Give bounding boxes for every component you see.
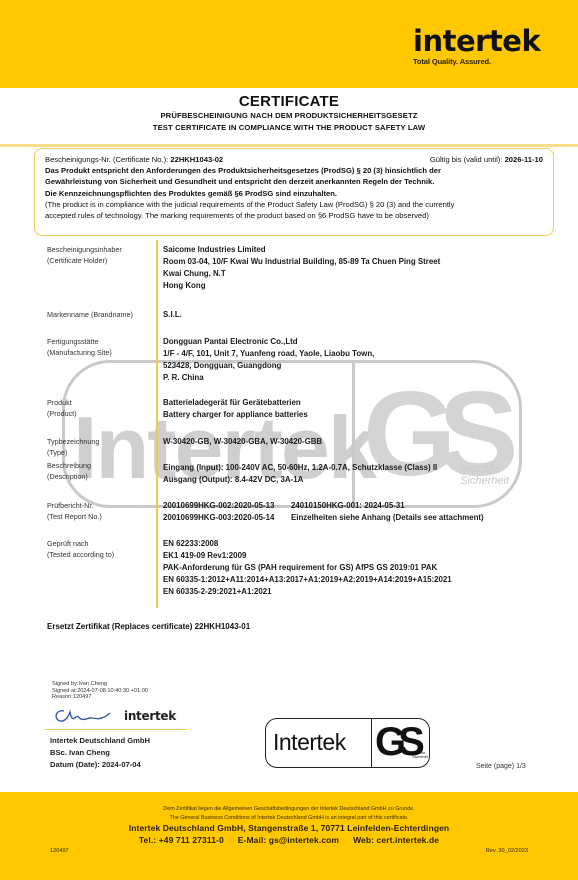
compliance-box: Bescheinigungs-Nr. (Certificate No.): 22…: [34, 148, 554, 236]
footer-email[interactable]: E-Mail: gs@intertek.com: [238, 834, 339, 846]
compliance-statement-en-1: (The product is in compliance with the j…: [45, 199, 543, 210]
label-de: Bescheinigungsinhaber: [47, 244, 157, 255]
title-divider: [0, 144, 578, 147]
label-de: Fertigungsstätte: [47, 336, 157, 347]
subtitle-german: PRÜFBESCHEINIGUNG NACH DEM PRODUKTSICHER…: [0, 110, 578, 122]
certificate-title: CERTIFICATE: [0, 93, 578, 110]
signed-by: Signed by:Ivan Cheng: [52, 681, 148, 688]
report-number: 20010699HKG-002:2020-05-13: [163, 500, 291, 512]
field-label: Prüfbericht-Nr. (Test Report No.): [47, 500, 157, 522]
label-en: (Manufacturing Site): [47, 347, 157, 358]
site-name: Dongguan Pantai Electronic Co.,Ltd: [163, 336, 374, 348]
field-label: Markenname (Brandname): [47, 309, 157, 320]
field-value: Eingang (Input): 100-240V AC, 50-60Hz, 1…: [163, 462, 437, 486]
replaces-certificate: Ersetzt Zertifikat (Replaces certificate…: [47, 622, 250, 631]
site-address-line: 1/F - 4/F, 101, Unit 7, Yuanfeng road, Y…: [163, 348, 374, 360]
compliance-statement-en-2: accepted rules of technology. The markin…: [45, 210, 543, 221]
label-en: (Certificate Holder): [47, 255, 157, 266]
signature-intertek-logo: intertek: [124, 709, 176, 723]
digital-signature-info: Signed by:Ivan Cheng Signed at:2024-07-0…: [52, 681, 148, 701]
compliance-statement-de-1: Das Produkt entspricht den Anforderungen…: [45, 165, 543, 176]
signatory-block: Intertek Deutschland GmbH BSc. Ivan Chen…: [50, 735, 150, 771]
field-value: EN 62233:2008 EK1 419-09 Rev1:2009 PAK-A…: [163, 538, 452, 598]
valid-until-label: Gültig bis (valid until):: [430, 155, 503, 164]
label-en: (Type): [47, 447, 157, 458]
certificate-number: Bescheinigungs-Nr. (Certificate No.): 22…: [45, 154, 223, 165]
product-name-de: Batterieladegerät für Gerätebatterien: [163, 397, 308, 409]
title-block: CERTIFICATE PRÜFBESCHEINIGUNG NACH DEM P…: [0, 93, 578, 134]
label-de: Prüfbericht-Nr.: [47, 500, 157, 511]
field-value: Batterieladegerät für Gerätebatterien Ba…: [163, 397, 308, 421]
footer-document-id: 120497: [50, 848, 69, 854]
description-output: Ausgang (Output): 8.4-42V DC, 3A-1A: [163, 474, 437, 486]
signature-line: [45, 729, 187, 730]
certificate-number-value: 22HKH1043-02: [170, 155, 223, 164]
badge-intertek-text: Intertek: [273, 729, 346, 756]
holder-address-line: Hong Kong: [163, 280, 440, 292]
label-de: Produkt: [47, 397, 157, 408]
standard-item: EK1 419-09 Rev1:2009: [163, 550, 452, 562]
label-en: (Product): [47, 408, 157, 419]
handwritten-signature: [52, 707, 114, 725]
logo-wordmark: intertek: [413, 26, 540, 56]
intertek-gs-mark: Intertek GS geprüfte Sicherheit: [265, 718, 430, 768]
signature-date: Datum (Date): 2024-07-04: [50, 759, 150, 771]
description-input: Eingang (Input): 100-240V AC, 50-60Hz, 1…: [163, 462, 437, 474]
type-value: W-30420-GB, W-30420-GBA, W-30420-GBB: [163, 436, 322, 448]
signature-reason: Reason:120497: [52, 694, 148, 701]
label-de: Beschreibung: [47, 460, 157, 471]
footer-phone: Tel.: +49 711 27311-0: [139, 834, 224, 846]
compliance-statement-de-2: Gewährleistung von Sicherheit und Gesund…: [45, 176, 543, 187]
field-label: Beschreibung (Description): [47, 460, 157, 482]
standard-item: EN 60335-2-29:2021+A1:2021: [163, 586, 452, 598]
intertek-logo: intertek Total Quality. Assured.: [413, 26, 540, 66]
field-value: Dongguan Pantai Electronic Co.,Ltd 1/F -…: [163, 336, 374, 384]
badge-gs-section: GS geprüfte Sicherheit: [371, 718, 431, 767]
holder-name: Saicome Industries Limited: [163, 244, 440, 256]
footer-contacts: Tel.: +49 711 27311-0 E-Mail: gs@interte…: [0, 834, 578, 846]
report-number: 24010150HKG-001: 2024-05-31: [291, 500, 405, 512]
footer-address: Intertek Deutschland GmbH, Stangenstraße…: [0, 822, 578, 834]
subtitle-english: TEST CERTIFICATE IN COMPLIANCE WITH THE …: [0, 122, 578, 134]
signed-at: Signed at:2024-07-08 10:40:30 +01:00: [52, 688, 148, 695]
label-de: Typbezeichnung: [47, 436, 157, 447]
badge-gs-note: geprüfte Sicherheit: [412, 751, 428, 759]
standard-item: EN 60335-1:2012+A11:2014+A13:2017+A1:201…: [163, 574, 452, 586]
field-label: Fertigungsstätte (Manufacturing Site): [47, 336, 157, 358]
label-de: Geprüft nach: [47, 538, 157, 549]
logo-tagline: Total Quality. Assured.: [413, 57, 540, 66]
compliance-statement-de-3: Die Kennzeichnungspflichten des Produkte…: [45, 188, 543, 199]
valid-until: Gültig bis (valid until): 2026-11-10: [430, 154, 543, 165]
signatory-company: Intertek Deutschland GmbH: [50, 735, 150, 747]
field-value: 20010699HKG-002:2020-05-13 24010150HKG-0…: [163, 500, 484, 524]
holder-address-line: Kwai Chung, N.T: [163, 268, 440, 280]
footer-band: Dem Zertifikat liegen die Allgemeinen Ge…: [0, 792, 578, 880]
footer-web[interactable]: Web: cert.intertek.de: [353, 834, 439, 846]
valid-until-value: 2026-11-10: [505, 155, 543, 164]
footer-revision: Rev. 30_02/2023: [486, 848, 528, 854]
report-details-note: Einzelheiten siehe Anhang (Details see a…: [291, 512, 484, 524]
field-label: Produkt (Product): [47, 397, 157, 419]
certificate-number-label: Bescheinigungs-Nr. (Certificate No.):: [45, 155, 168, 164]
watermark-note-line1: geprüfte: [460, 463, 509, 475]
footer-terms-en: The General Business Conditions of Inter…: [0, 814, 578, 823]
gs-mark-icon: GS: [375, 718, 417, 766]
label-en: (Description): [47, 471, 157, 482]
brand-value: S.I.L.: [163, 309, 182, 321]
holder-address-line: Room 03-04, 10/F Kwai Wu Industrial Buil…: [163, 256, 440, 268]
report-number: 20010699HKG-003:2020-05-14: [163, 512, 291, 524]
standard-item: EN 62233:2008: [163, 538, 452, 550]
field-label: Geprüft nach (Tested according to): [47, 538, 157, 560]
field-label: Typbezeichnung (Type): [47, 436, 157, 458]
label-en: (Tested according to): [47, 549, 157, 560]
watermark-note-line2: Sicherheit: [460, 475, 509, 487]
watermark-gs-note: geprüfte Sicherheit: [460, 463, 509, 487]
signatory-name: BSc. Ivan Cheng: [50, 747, 150, 759]
field-value: Saicome Industries Limited Room 03-04, 1…: [163, 244, 440, 292]
badge-note-line2: Sicherheit: [412, 755, 428, 759]
header-band: intertek Total Quality. Assured.: [0, 0, 578, 88]
product-name-en: Battery charger for appliance batteries: [163, 409, 308, 421]
page-number: Seite (page) 1/3: [476, 763, 526, 770]
site-address-line: 523428, Dongguan, Guangdong: [163, 360, 374, 372]
label-en: (Test Report No.): [47, 511, 157, 522]
standard-item: PAK-Anforderung für GS (PAH requirement …: [163, 562, 452, 574]
field-label: Bescheinigungsinhaber (Certificate Holde…: [47, 244, 157, 266]
site-address-line: P. R. China: [163, 372, 374, 384]
footer-terms-de: Dem Zertifikat liegen die Allgemeinen Ge…: [0, 805, 578, 814]
